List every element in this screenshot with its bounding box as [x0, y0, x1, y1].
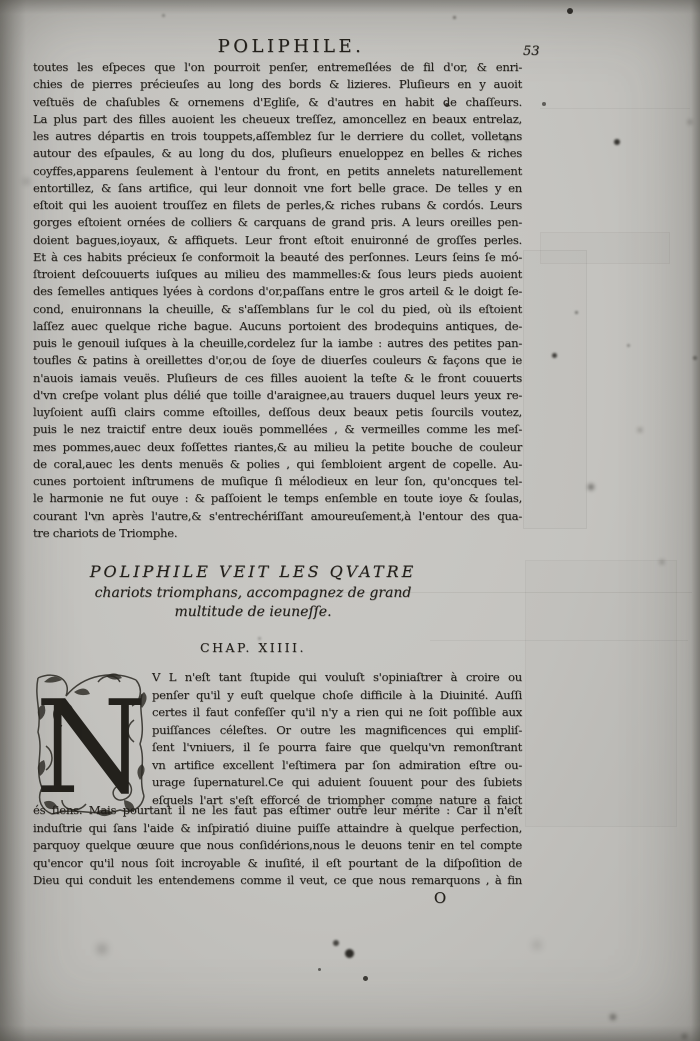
text-line: les autres départis en trois touppets,aſ…: [33, 128, 522, 145]
book-page-scan: POLIPHILE. 53 toutes les eſpeces que l'o…: [0, 0, 700, 1041]
text-line: qu'encor qu'il nous ſoit incroyable & in…: [33, 855, 522, 873]
body-text-block-2-full: és ſiens. Mais pourtant il ne les faut p…: [33, 802, 522, 890]
text-line: n'auois iamais veuës. Pluſieurs de ces f…: [33, 370, 522, 387]
paper-speck: [318, 968, 321, 971]
section-heading-line-2: chariots triomphans, accompagnez de gran…: [33, 585, 473, 601]
paper-speck: [162, 14, 165, 17]
text-line: Et à ces habits précieux ſe conformoit l…: [33, 249, 522, 266]
paper-speck: [333, 940, 339, 946]
text-line: veſtuës de chaſubles & ornemens d'Egliſe…: [33, 94, 522, 111]
paper-speck: [533, 941, 541, 949]
text-line: cond, enuironnans la cheuille, & s'aſſem…: [33, 301, 522, 318]
show-through: [523, 250, 587, 529]
text-line: ſtroient deſcouuerts iuſques au milieu d…: [33, 266, 522, 283]
text-line: puis le genouil iuſques à la cheuille,co…: [33, 335, 522, 352]
paper-speck: [552, 353, 557, 358]
text-line: La plus part des filles auoient les cheu…: [33, 111, 522, 128]
woodcut-initial-N: N: [32, 668, 150, 818]
text-line: parquoy quelque œuure que nous conſidéri…: [33, 837, 522, 855]
paper-speck: [453, 16, 456, 19]
show-through: [540, 232, 670, 264]
section-heading-line-1: POLIPHILE VEIT LES QVATRE: [33, 562, 473, 581]
text-line: induſtrie qui ſans l'aide & inſpiratió d…: [33, 820, 522, 838]
text-line: courant l'vn après l'autre,& s'entrechér…: [33, 508, 522, 525]
text-line: le harmonie ne fut ouye : & paſſoient le…: [33, 490, 522, 507]
paper-speck: [345, 949, 354, 958]
paper-speck: [575, 311, 578, 314]
body-text-block-1: toutes les eſpeces que l'on pourroit pen…: [33, 59, 522, 542]
text-line: mes pommes,auec deux foſſettes riantes,&…: [33, 439, 522, 456]
signature-mark: O: [430, 889, 450, 907]
text-line: de coral,auec les dents menuës & polies …: [33, 456, 522, 473]
text-line: V L n'eſt tant ſtupide qui vouluſt s'opi…: [152, 669, 522, 687]
text-line: certes il faut confeſſer qu'il n'y a rie…: [152, 704, 522, 722]
chapter-heading: CHAP. XIIII.: [33, 640, 473, 655]
text-line: luyſoient auſſi clairs comme eſtoilles, …: [33, 404, 522, 421]
text-line: penſer qu'il y euſt quelque choſe diffic…: [152, 687, 522, 705]
text-line: puis le nez traictif entre deux iouës po…: [33, 421, 522, 438]
scan-edge-shadow: [0, 1025, 700, 1041]
page-number: 53: [523, 44, 540, 59]
text-line: toufles & patins à oreillettes d'or,ou d…: [33, 352, 522, 369]
text-line: ſent l'vniuers, il ſe pourra faire que q…: [152, 739, 522, 757]
paper-speck: [363, 976, 368, 981]
body-text-block-2-wrapped: V L n'eſt tant ſtupide qui vouluſt s'opi…: [152, 669, 522, 809]
section-heading-line-3: multitude de ieuneſſe.: [33, 604, 473, 620]
text-line: cunes portoient inſtrumens de muſique ſi…: [33, 473, 522, 490]
text-line: tre chariots de Triomphe.: [33, 525, 522, 542]
text-line: és ſiens. Mais pourtant il ne les faut p…: [33, 802, 522, 820]
crease-line: [540, 108, 690, 109]
scan-edge-shadow: [0, 0, 700, 14]
text-line: puiſſances céleſtes. Or outre les magnif…: [152, 722, 522, 740]
paper-speck: [660, 560, 664, 564]
paper-speck: [610, 1014, 616, 1020]
paper-speck: [638, 428, 642, 432]
text-line: gorges eſtoient ornées de colliers & car…: [33, 214, 522, 231]
text-line: laſſez auec quelque riche bague. Aucuns …: [33, 318, 522, 335]
drop-cap-letter: N: [35, 674, 147, 818]
text-line: vn artifice excellent l'eſtimera par ſon…: [152, 757, 522, 775]
paper-speck: [542, 102, 546, 106]
text-line: toutes les eſpeces que l'on pourroit pen…: [33, 59, 522, 76]
paper-speck: [627, 344, 630, 347]
text-line: d'vn creſpe volant plus délié que toille…: [33, 387, 522, 404]
paper-speck: [97, 944, 107, 954]
text-line: eſtoit qui les auoient trouſſez en filet…: [33, 197, 522, 214]
text-line: Dieu qui conduit les entendemens comme i…: [33, 872, 522, 890]
show-through: [525, 560, 677, 827]
text-line: chies de pierres précieuſes au long des …: [33, 76, 522, 93]
running-title: POLIPHILE.: [141, 36, 441, 57]
paper-speck: [588, 484, 594, 490]
text-line: autour des eſpaules, & au long du dos, p…: [33, 145, 522, 162]
text-line: coyffes,apparens ſeulement à l'entour du…: [33, 163, 522, 180]
scan-edge-shadow: [691, 0, 700, 1041]
scan-edge-shadow: [0, 0, 26, 1041]
text-line: doient bagues,ioyaux, & affiquets. Leur …: [33, 232, 522, 249]
text-line: entortillez, & ſans artifice, qui leur d…: [33, 180, 522, 197]
text-line: urage ſupernaturel.Ce qui aduient ſouuen…: [152, 774, 522, 792]
paper-speck: [614, 139, 620, 145]
text-line: des ſemelles antiques lyées à cordons d'…: [33, 283, 522, 300]
